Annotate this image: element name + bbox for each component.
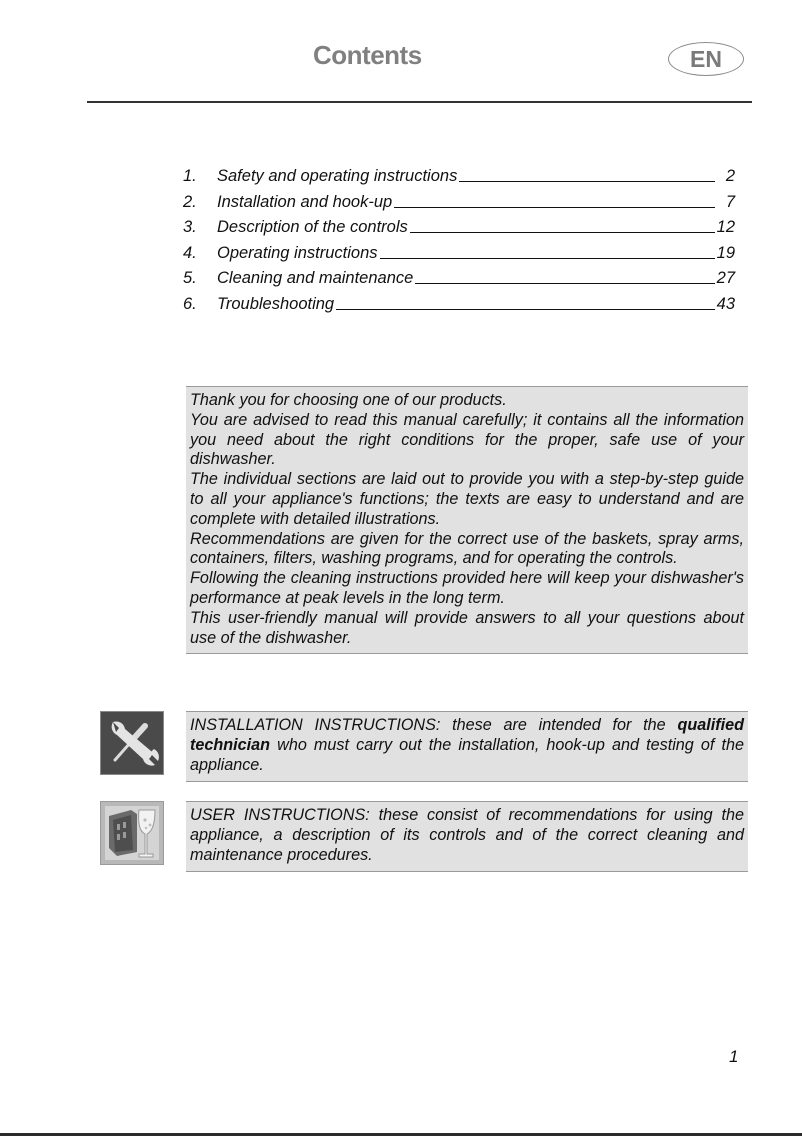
toc-number: 2. <box>183 193 217 212</box>
toc-label: Description of the controls <box>217 218 408 237</box>
table-of-contents: 1. Safety and operating instructions 2 2… <box>183 167 735 320</box>
toc-leader <box>380 258 715 259</box>
intro-box: Thank you for choosing one of our produc… <box>186 386 748 654</box>
user-note-text: USER INSTRUCTIONS: these consist of reco… <box>190 806 744 865</box>
toc-page: 27 <box>717 269 735 288</box>
page-title: Contents <box>313 40 422 71</box>
toc-entry[interactable]: 3. Description of the controls 12 <box>183 218 735 244</box>
toc-page: 19 <box>717 244 735 263</box>
installation-instructions-note: INSTALLATION INSTRUCTIONS: these are int… <box>186 711 748 782</box>
toc-entry[interactable]: 5. Cleaning and maintenance 27 <box>183 269 735 295</box>
intro-paragraph: You are advised to read this manual care… <box>190 411 744 470</box>
tools-icon <box>100 711 164 775</box>
intro-paragraph: The individual sections are laid out to … <box>190 470 744 529</box>
toc-page: 2 <box>717 167 735 186</box>
intro-paragraph: Following the cleaning instructions prov… <box>190 569 744 609</box>
toc-label: Safety and operating instructions <box>217 167 457 186</box>
toc-number: 5. <box>183 269 217 288</box>
toc-page: 43 <box>717 295 735 314</box>
header-divider <box>87 101 752 103</box>
user-instructions-note: USER INSTRUCTIONS: these consist of reco… <box>186 801 748 872</box>
installation-text-end: who must carry out the installation, hoo… <box>190 736 744 774</box>
installation-text-start: INSTALLATION INSTRUCTIONS: these are int… <box>190 716 677 734</box>
toc-number: 4. <box>183 244 217 263</box>
toc-number: 3. <box>183 218 217 237</box>
toc-entry[interactable]: 6. Troubleshooting 43 <box>183 295 735 321</box>
toc-leader <box>336 309 715 310</box>
toc-page: 12 <box>717 218 735 237</box>
toc-leader <box>459 181 715 182</box>
intro-paragraph: Recommendations are given for the correc… <box>190 530 744 570</box>
toc-label: Cleaning and maintenance <box>217 269 413 288</box>
toc-number: 6. <box>183 295 217 314</box>
intro-paragraph: This user-friendly manual will provide a… <box>190 609 744 649</box>
page-number: 1 <box>729 1047 738 1067</box>
toc-entry[interactable]: 1. Safety and operating instructions 2 <box>183 167 735 193</box>
language-badge: EN <box>668 42 744 76</box>
toc-leader <box>415 283 714 284</box>
toc-label: Operating instructions <box>217 244 378 263</box>
toc-leader <box>410 232 715 233</box>
toc-label: Troubleshooting <box>217 295 334 314</box>
toc-page: 7 <box>717 193 735 212</box>
toc-leader <box>394 207 715 208</box>
installation-note-text: INSTALLATION INSTRUCTIONS: these are int… <box>190 716 744 775</box>
toc-entry[interactable]: 2. Installation and hook-up 7 <box>183 193 735 219</box>
toc-number: 1. <box>183 167 217 186</box>
toc-label: Installation and hook-up <box>217 193 392 212</box>
toc-entry[interactable]: 4. Operating instructions 19 <box>183 244 735 270</box>
intro-paragraph: Thank you for choosing one of our produc… <box>190 391 744 411</box>
dishwasher-glass-icon <box>100 801 164 865</box>
